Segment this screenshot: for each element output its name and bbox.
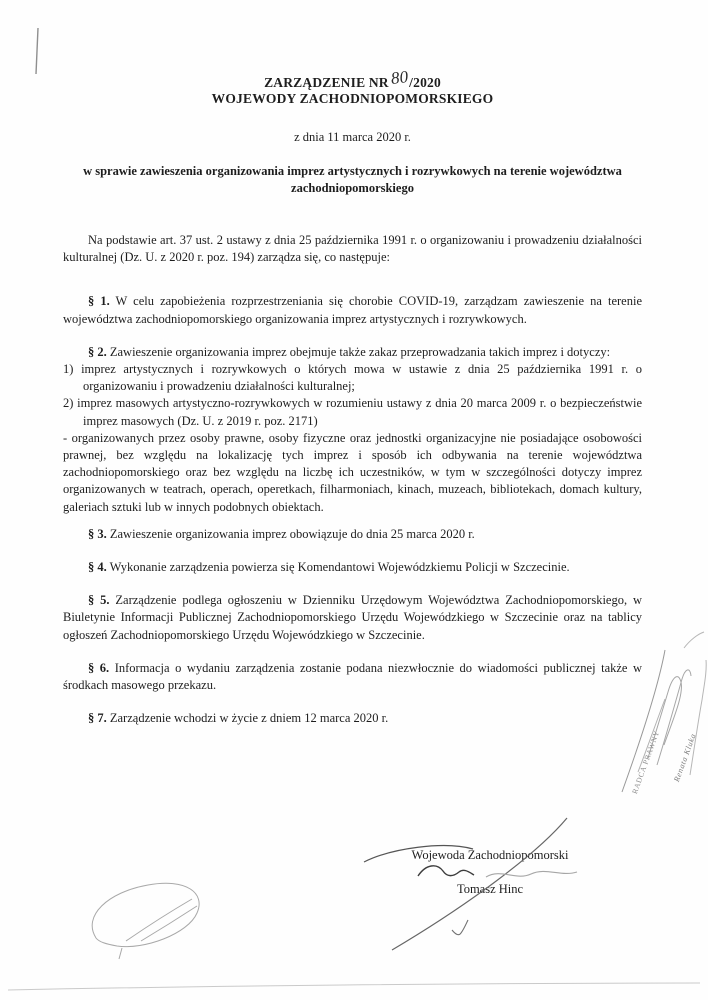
section-2-text: Zawieszenie organizowania imprez obejmuj… [110,345,610,359]
section-5-paragraph: § 5. Zarządzenie podlega ogłoszeniu w Dz… [63,592,642,644]
section-2-item-2: 2) imprez masowych artystyczno-rozrywkow… [63,395,642,429]
title-prefix: ZARZĄDZENIE NR [264,75,389,90]
section-3-paragraph: § 3. Zawieszenie organizowania imprez ob… [63,526,642,543]
section-1-label: § 1. [88,294,110,308]
document-subject: w sprawie zawieszenia organizowania impr… [63,163,642,197]
section-4-text: Wykonanie zarządzenia powierza się Komen… [110,560,570,574]
preamble-paragraph: Na podstawie art. 37 ust. 2 ustawy z dni… [63,232,642,266]
section-6-label: § 6. [88,661,109,675]
section-4-label: § 4. [88,560,107,574]
section-2-item-1: 1) imprez artystycznych i rozrywkowych o… [63,361,642,395]
legal-counsel-stamp-name: Renata Kluka [672,732,698,783]
section-6-text: Informacja o wydaniu zarządzenia zostani… [63,661,642,692]
section-1-text: W celu zapobieżenia rozprzestrzeniania s… [63,294,642,325]
section-2-paragraph: § 2. Zawieszenie organizowania imprez ob… [63,344,642,361]
section-5-label: § 5. [88,593,110,607]
section-2-label: § 2. [88,345,107,359]
signature-name: Tomasz Hinc [385,881,595,898]
document-content: ZARZĄDZENIE NR80/2020 WOJEWODY ZACHODNIO… [63,0,642,743]
section-7-label: § 7. [88,711,107,725]
section-7-paragraph: § 7. Zarządzenie wchodzi w życie z dniem… [63,710,642,727]
title-suffix: /2020 [409,75,441,90]
document-title-issuer: WOJEWODY ZACHODNIOPOMORSKIEGO [63,91,642,107]
section-1-paragraph: § 1. W celu zapobieżenia rozprzestrzenia… [63,293,642,327]
section-2-continuation: - organizowanych przez osoby prawne, oso… [63,430,642,516]
document-title: ZARZĄDZENIE NR80/2020 [63,74,642,91]
scan-bottom-edge-line [8,983,700,990]
signature-checkmark [452,920,468,935]
signature-role: Wojewoda Zachodniopomorski [385,847,595,864]
section-6-paragraph: § 6. Informacja o wydaniu zarządzenia zo… [63,660,642,694]
scan-tick-mark [36,28,38,74]
section-4-paragraph: § 4. Wykonanie zarządzenia powierza się … [63,559,642,576]
section-3-text: Zawieszenie organizowania imprez obowiąz… [110,527,475,541]
document-date: z dnia 11 marca 2020 r. [63,129,642,146]
section-5-text: Zarządzenie podlega ogłoszeniu w Dzienni… [63,593,642,641]
handwritten-ordinance-number: 80 [390,69,409,87]
section-7-text: Zarządzenie wchodzi w życie z dniem 12 m… [110,711,388,725]
section-3-label: § 3. [88,527,107,541]
document-page: ZARZĄDZENIE NR80/2020 WOJEWODY ZACHODNIO… [0,0,708,1000]
pen-oval-scribble [92,883,199,959]
signature-block: Wojewoda Zachodniopomorski Tomasz Hinc [385,847,595,898]
